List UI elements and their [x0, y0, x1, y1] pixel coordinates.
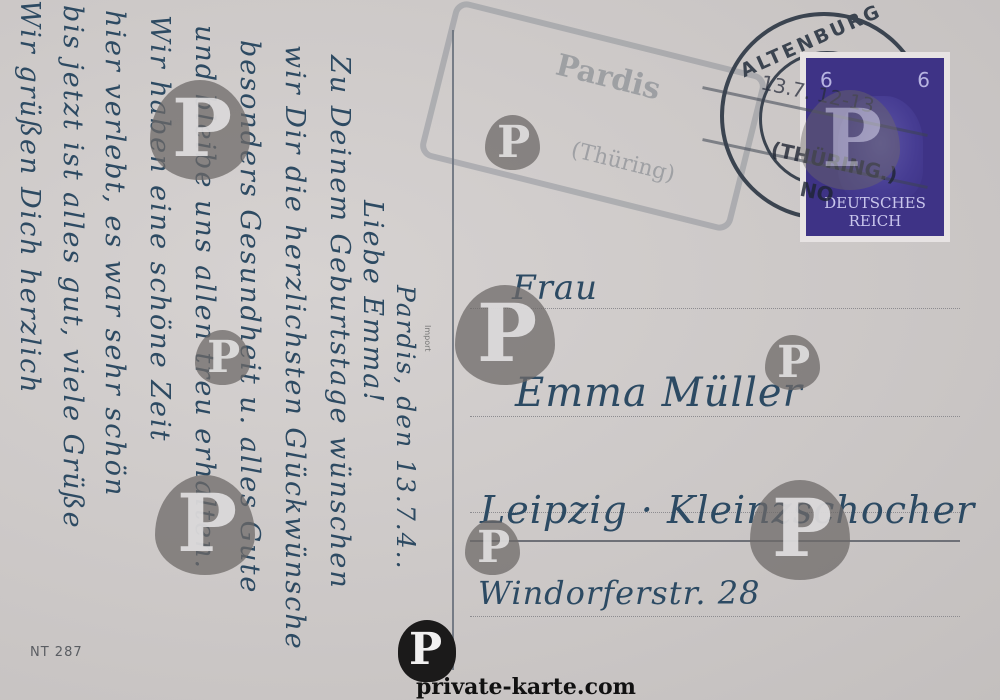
- place-date: Pardis, den 13.7.4..: [391, 285, 420, 571]
- watermark-logo: P: [485, 115, 540, 176]
- message-line: hier verlebt, es war sehr schön: [99, 10, 130, 497]
- message-line: wir Dir die herzlichsten Glückwünsche: [279, 45, 310, 651]
- watermark-logo: P: [195, 330, 250, 391]
- watermark-logo: P: [155, 475, 255, 585]
- message-line: bis jetzt ist alles gut, viele Grüße: [57, 5, 88, 530]
- watermark-logo: P: [765, 335, 820, 396]
- message-line: Zu Deinem Geburtstage wünschen: [324, 55, 355, 590]
- watermark-logo: P: [465, 520, 520, 581]
- watermark-logo: P: [750, 480, 850, 590]
- address-name: Emma Müller: [515, 370, 803, 416]
- watermark-logo: P: [150, 80, 250, 190]
- address-street: Windorferstr. 28: [478, 574, 760, 612]
- salutation: Liebe Emma!: [357, 200, 388, 404]
- divider-label: Import: [423, 325, 432, 352]
- watermark-logo: P: [455, 285, 555, 395]
- address-line: [470, 416, 960, 417]
- address-line-solid: [470, 540, 960, 542]
- brand-watermark: P private-karte.com: [398, 620, 618, 700]
- brand-text: private-karte.com: [416, 674, 636, 700]
- printer-mark: NT 287: [30, 645, 83, 660]
- message-closing: Wir grüßen Dich herzlich: [14, 0, 45, 395]
- address-city: Leipzig · Kleinzschocher: [480, 488, 975, 532]
- postcard-back: Pardis, den 13.7.4.. Liebe Emma! Zu Dein…: [0, 0, 1000, 700]
- address-line: [470, 616, 960, 617]
- watermark-logo: P: [800, 90, 900, 200]
- brand-logo-icon: P: [398, 620, 456, 682]
